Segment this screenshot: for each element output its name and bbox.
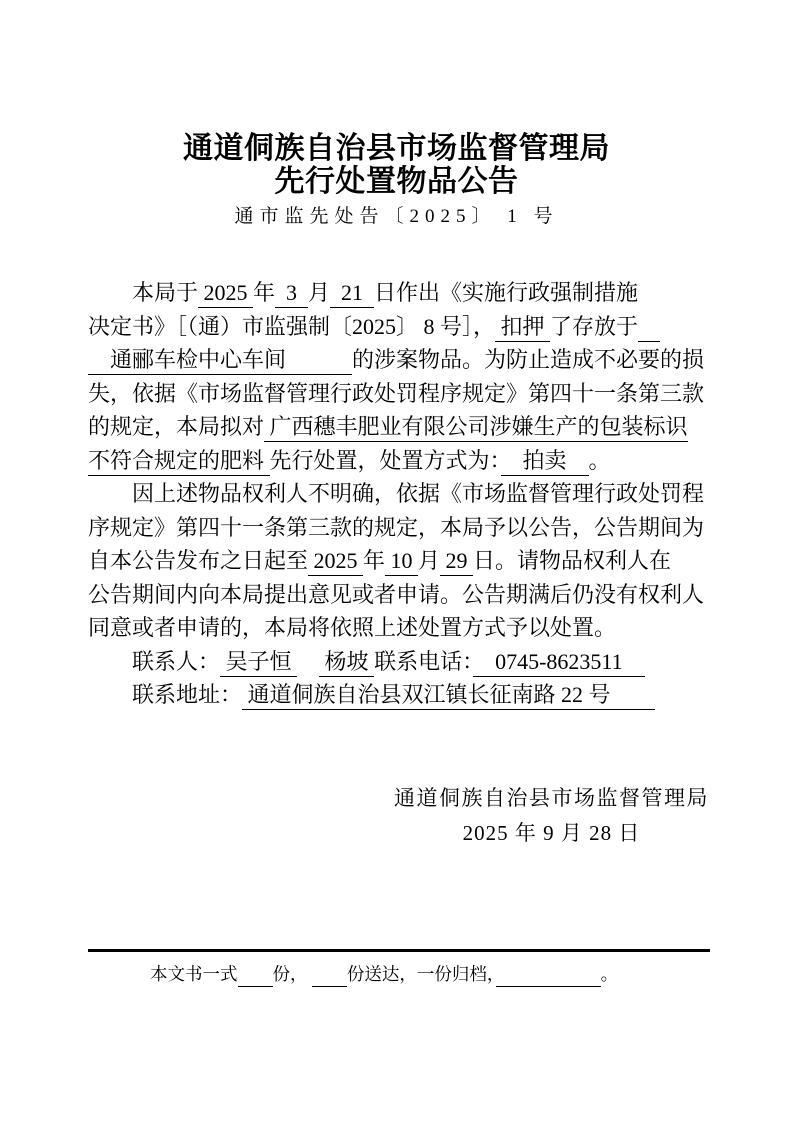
- paragraph1-line4: 失，依据《市场监督管理行政处罚程序规定》第四十一条第三款: [88, 377, 712, 411]
- contact-person1-value: 吴子恒: [220, 649, 297, 677]
- text-segment: 日作出《实施行政强制措施: [374, 280, 638, 305]
- text-segment: 月: [308, 280, 330, 305]
- signature-block: 通道侗族自治县市场监督管理局 2025 年 9 月 28 日: [394, 781, 709, 850]
- text-segment: 份，: [273, 964, 312, 984]
- contact-address-label: 联系地址：: [132, 682, 242, 707]
- text-segment: 月: [418, 548, 440, 573]
- paragraph1-line1: 本局于 2025 年 3 月 21 日作出《实施行政强制措施: [88, 276, 712, 310]
- text-segment: 失，依据《市场监督管理行政处罚程序规定》第四十一条第三款: [88, 381, 704, 406]
- paragraph1-line5: 的规定，本局拟对 广西穗丰肥业有限公司涉嫌生产的包装标识: [88, 410, 712, 444]
- footer-divider-line: [88, 949, 710, 952]
- signature-organization: 通道侗族自治县市场监督管理局: [394, 781, 709, 815]
- deadline-day-value: 29: [440, 548, 473, 576]
- text-segment: 年: [253, 280, 275, 305]
- document-title: 通道侗族自治县市场监督管理局 先行处置物品公告: [0, 132, 793, 198]
- storage-location-value: 通郦车检中心车间: [88, 347, 352, 375]
- text-segment: 先行处置，处置方式为：: [270, 448, 501, 473]
- items-description-value-continued: 不符合规定的肥料: [88, 448, 270, 476]
- text-segment: 决定书》［（通）市监强制〔2025〕 8 号］，: [88, 314, 495, 339]
- paragraph2-line1: 因上述物品权利人不明确，依据《市场监督管理行政处罚程: [88, 477, 712, 511]
- contact-person-line: 联系人： 吴子恒 杨坡 联系电话： 0745-8623511: [88, 645, 712, 679]
- contact-phone-value: 0745-8623511: [473, 649, 645, 677]
- deadline-month-value: 10: [385, 548, 418, 576]
- contact-person-label: 联系人：: [132, 649, 220, 674]
- text-segment: 本局于: [132, 280, 198, 305]
- contact-person2-value: 杨坡: [319, 649, 374, 677]
- footer-note: 本文书一式 份， 份送达，一份归档， 。: [150, 961, 618, 987]
- document-title-line1: 通道侗族自治县市场监督管理局: [0, 132, 793, 165]
- paragraph1-line6: 不符合规定的肥料 先行处置，处置方式为： 拍卖 。: [88, 444, 712, 478]
- text-segment: 日。请物品权利人在: [473, 548, 671, 573]
- disposal-method-value: 拍卖: [501, 448, 589, 476]
- text-segment: 自本公告发布之日起至: [88, 548, 308, 573]
- text-segment: 同意或者申请的，本局将依照上述处置方式予以处置。: [88, 615, 616, 640]
- contact-address-value: 通道侗族自治县双江镇长征南路 22 号: [242, 682, 655, 710]
- action-taken-value: 扣押: [495, 314, 550, 342]
- text-segment: 了存放于: [550, 314, 638, 339]
- text-segment: 序规定》第四十一条第三款的规定，本局予以公告，公告期间为: [88, 515, 704, 540]
- underline-stub: [638, 314, 660, 342]
- delivery-count-blank: [312, 964, 347, 987]
- text-segment: 年: [363, 548, 385, 573]
- issue-month-value: 3: [275, 280, 308, 308]
- paragraph1-line3: 通郦车检中心车间 的涉案物品。为防止造成不必要的损: [88, 343, 712, 377]
- paragraph2-line2: 序规定》第四十一条第三款的规定，本局予以公告，公告期间为: [88, 511, 712, 545]
- text-segment: 。: [601, 964, 619, 984]
- document-body: 本局于 2025 年 3 月 21 日作出《实施行政强制措施 决定书》［（通）市…: [88, 276, 712, 712]
- paragraph2-line3: 自本公告发布之日起至 2025 年 10 月 29 日。请物品权利人在: [88, 544, 712, 578]
- text-segment: 份送达，一份归档，: [347, 964, 496, 984]
- issue-day-value: 21: [330, 280, 374, 308]
- contact-address-line: 联系地址： 通道侗族自治县双江镇长征南路 22 号: [88, 678, 712, 712]
- signature-date: 2025 年 9 月 28 日: [394, 816, 709, 850]
- document-title-line2: 先行处置物品公告: [0, 165, 793, 198]
- notice-document: 通道侗族自治县市场监督管理局 先行处置物品公告 通市监先处告〔2025〕 1 号…: [0, 0, 793, 1122]
- issue-year-value: 2025: [198, 280, 253, 308]
- items-description-value: 广西穗丰肥业有限公司涉嫌生产的包装标识: [264, 414, 688, 442]
- paragraph2-line5: 同意或者申请的，本局将依照上述处置方式予以处置。: [88, 611, 712, 645]
- copies-count-blank: [238, 964, 273, 987]
- text-segment: 因上述物品权利人不明确，依据《市场监督管理行政处罚程: [132, 481, 704, 506]
- note-blank: [496, 964, 601, 987]
- paragraph1-line2: 决定书》［（通）市监强制〔2025〕 8 号］， 扣押 了存放于: [88, 310, 712, 344]
- paragraph2-line4: 公告期间内向本局提出意见或者申请。公告期满后仍没有权利人: [88, 578, 712, 612]
- contact-phone-label: 联系电话：: [374, 649, 473, 674]
- text-segment: 的涉案物品。为防止造成不必要的损: [352, 347, 704, 372]
- text-segment: 的规定，本局拟对: [88, 414, 264, 439]
- document-number: 通市监先处告〔2025〕 1 号: [0, 205, 793, 229]
- text-segment: 本文书一式: [150, 964, 238, 984]
- text-segment: [297, 649, 319, 674]
- text-segment: 。: [589, 448, 611, 473]
- text-segment: 公告期间内向本局提出意见或者申请。公告期满后仍没有权利人: [88, 582, 704, 607]
- deadline-year-value: 2025: [308, 548, 363, 576]
